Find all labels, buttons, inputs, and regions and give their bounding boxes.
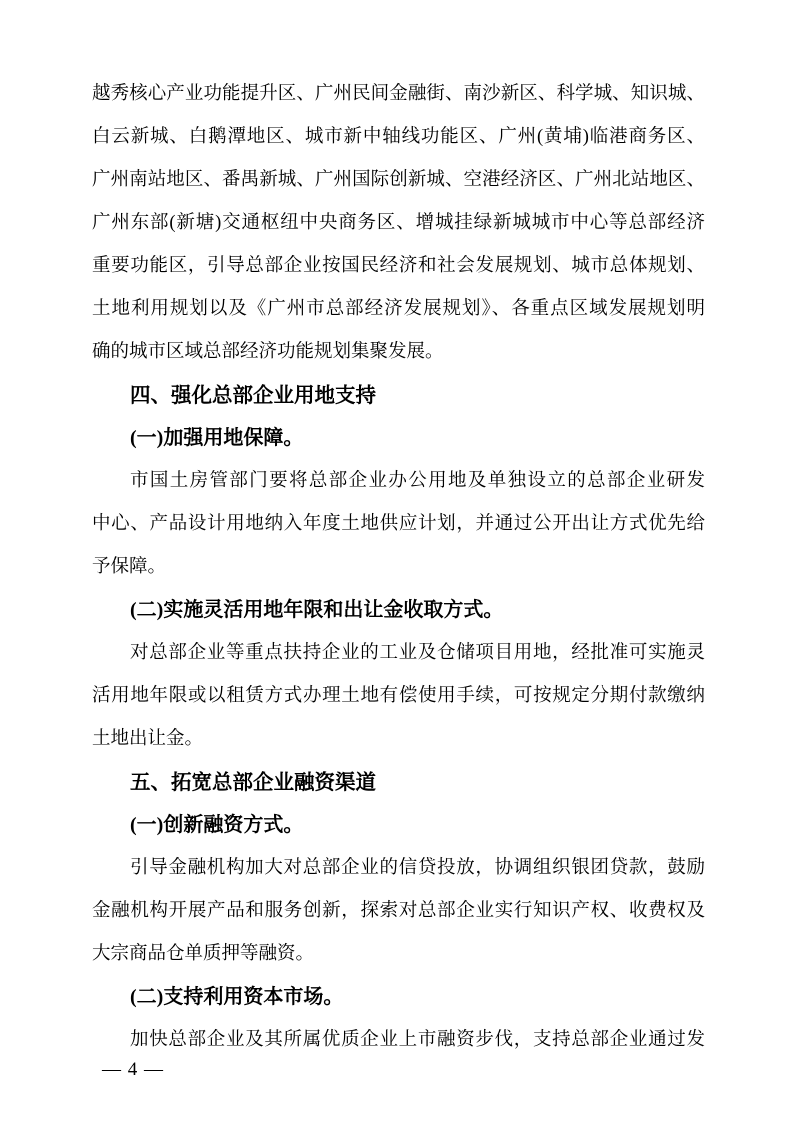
text-line: 广州东部(新塘)交通枢纽中央商务区、增城挂绿新城城市中心等总部经济 [92,202,705,245]
text-line: 予保障。 [92,546,705,589]
text-line: 市国土房管部门要将总部企业办公用地及单独设立的总部企业研发 [92,460,705,503]
text-line: (二)支持利用资本市场。 [92,976,705,1019]
text-line: 越秀核心产业功能提升区、广州民间金融街、南沙新区、科学城、知识城、 [92,73,705,116]
text-line: 五、拓宽总部企业融资渠道 [92,761,705,804]
text-line: 四、强化总部企业用地支持 [92,374,705,417]
text-line: 引导金融机构加大对总部企业的信贷投放，协调组织银团贷款，鼓励 [92,847,705,890]
text-line: 土地出让金。 [92,718,705,761]
text-line: 重要功能区，引导总部企业按国民经济和社会发展规划、城市总体规划、 [92,245,705,288]
text-line: 土地利用规划以及《广州市总部经济发展规划》、各重点区域发展规划明 [92,288,705,331]
page-number: — 4 — [102,1056,164,1084]
text-line: (一)加强用地保障。 [92,417,705,460]
text-line: (二)实施灵活用地年限和出让金收取方式。 [92,589,705,632]
text-line: 广州南站地区、番禺新城、广州国际创新城、空港经济区、广州北站地区、 [92,159,705,202]
text-line: 大宗商品仓单质押等融资。 [92,933,705,976]
text-line: (一)创新融资方式。 [92,804,705,847]
text-line: 中心、产品设计用地纳入年度土地供应计划，并通过公开出让方式优先给 [92,503,705,546]
text-line: 加快总部企业及其所属优质企业上市融资步伐，支持总部企业通过发 [92,1019,705,1062]
document-page: 越秀核心产业功能提升区、广州民间金融街、南沙新区、科学城、知识城、白云新城、白鹅… [0,0,794,1123]
text-line: 金融机构开展产品和服务创新，探索对总部企业实行知识产权、收费权及 [92,890,705,933]
document-body: 越秀核心产业功能提升区、广州民间金融街、南沙新区、科学城、知识城、白云新城、白鹅… [92,73,705,1062]
text-line: 对总部企业等重点扶持企业的工业及仓储项目用地，经批准可实施灵 [92,632,705,675]
text-line: 活用地年限或以租赁方式办理土地有偿使用手续，可按规定分期付款缴纳 [92,675,705,718]
text-line: 确的城市区域总部经济功能规划集聚发展。 [92,331,705,374]
text-line: 白云新城、白鹅潭地区、城市新中轴线功能区、广州(黄埔)临港商务区、 [92,116,705,159]
